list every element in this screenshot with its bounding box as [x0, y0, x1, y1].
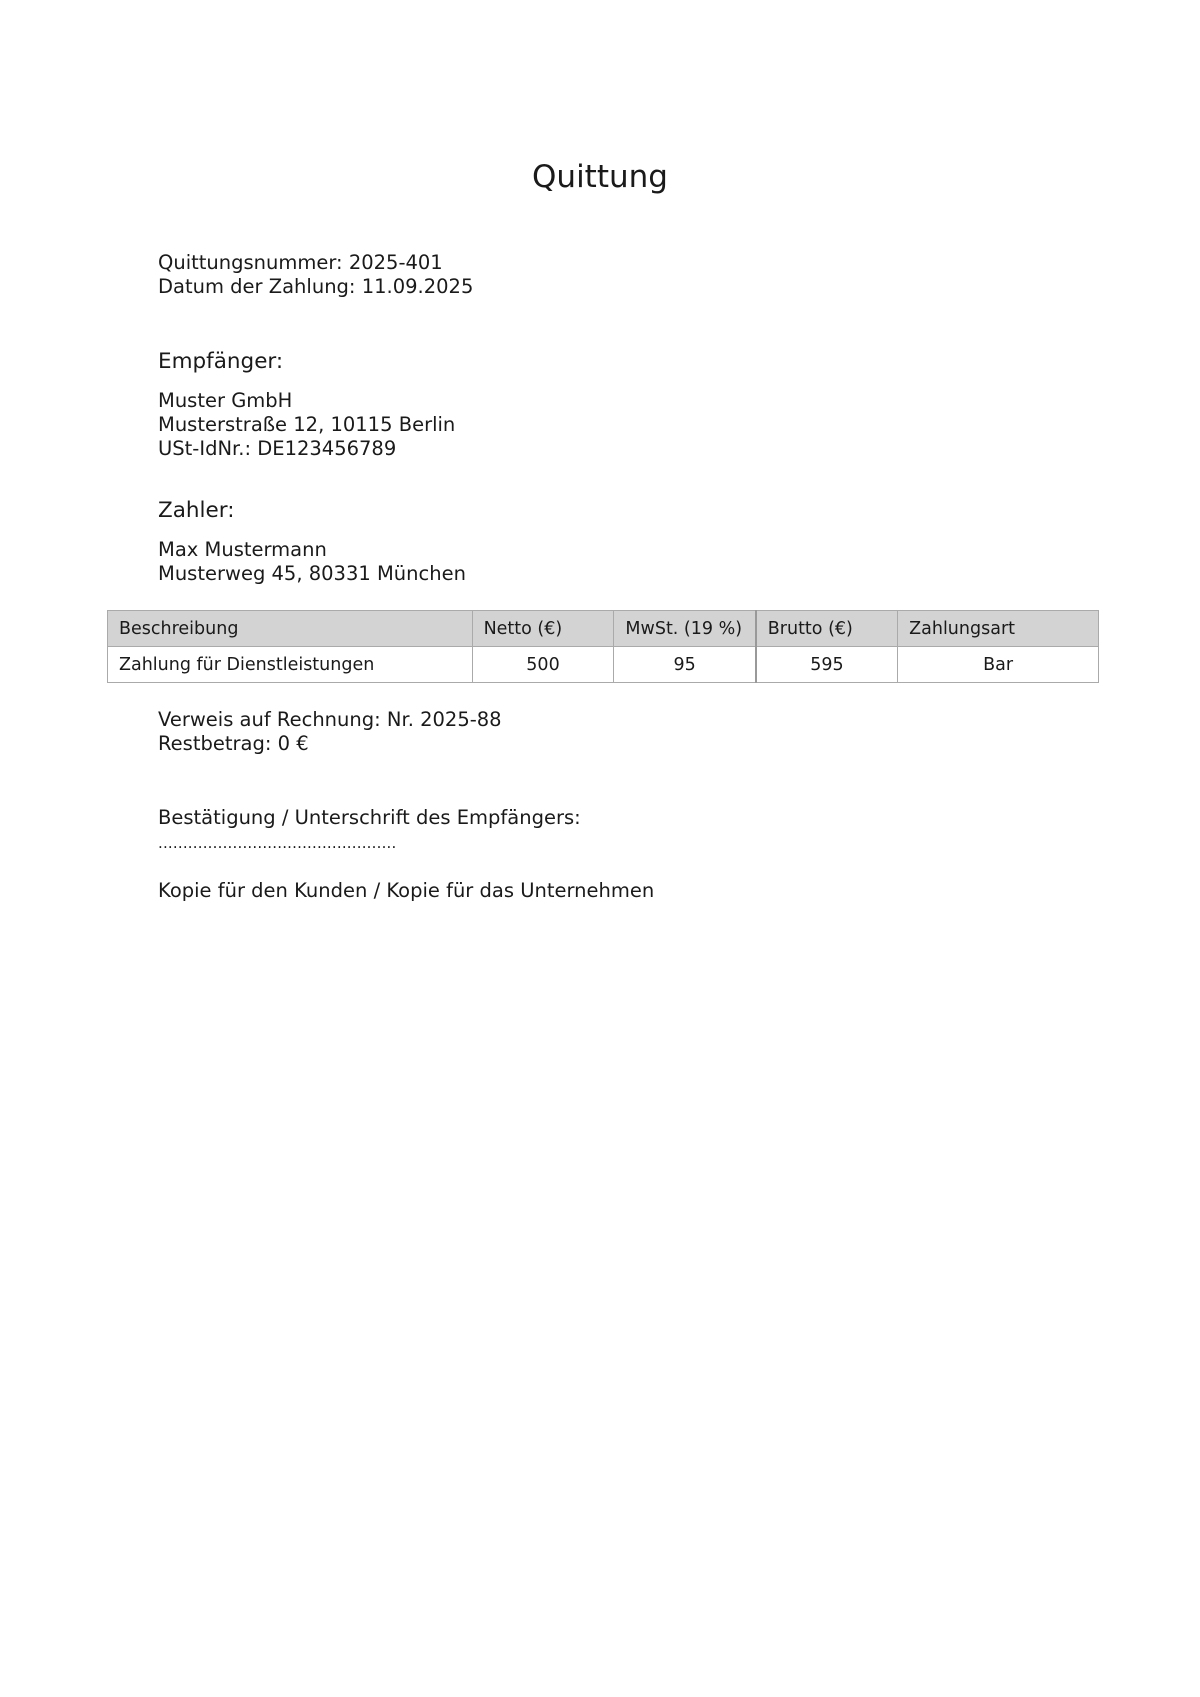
payer-address: Max Mustermann Musterweg 45, 80331 Münch…: [158, 538, 466, 586]
cell-description: Zahlung für Dienstleistungen: [108, 647, 473, 683]
recipient-address: Muster GmbH Musterstraße 12, 10115 Berli…: [158, 389, 455, 461]
remaining-balance: Restbetrag: 0 €: [158, 732, 502, 756]
document-title: Quittung: [0, 157, 1200, 197]
cell-payment-method: Bar: [898, 647, 1099, 683]
payer-heading: Zahler:: [158, 497, 234, 525]
cell-gross: 595: [756, 647, 898, 683]
table-header-row: Beschreibung Netto (€) MwSt. (19 %) Brut…: [108, 611, 1099, 647]
payer-name: Max Mustermann: [158, 538, 466, 562]
recipient-heading: Empfänger:: [158, 348, 283, 376]
payer-street: Musterweg 45, 80331 München: [158, 562, 466, 586]
recipient-name: Muster GmbH: [158, 389, 455, 413]
header-description: Beschreibung: [108, 611, 473, 647]
signature-label: Bestätigung / Unterschrift des Empfänger…: [158, 806, 581, 830]
copy-note: Kopie für den Kunden / Kopie für das Unt…: [158, 879, 654, 903]
signature-line: ........................................…: [158, 831, 396, 855]
recipient-street: Musterstraße 12, 10115 Berlin: [158, 413, 455, 437]
header-payment-method: Zahlungsart: [898, 611, 1099, 647]
cell-vat: 95: [614, 647, 756, 683]
invoice-reference-line: Verweis auf Rechnung: Nr. 2025-88: [158, 708, 502, 732]
receipt-meta: Quittungsnummer: 2025-401 Datum der Zahl…: [158, 251, 473, 299]
header-vat: MwSt. (19 %): [614, 611, 756, 647]
cell-net: 500: [472, 647, 614, 683]
table-row: Zahlung für Dienstleistungen 500 95 595 …: [108, 647, 1099, 683]
recipient-vat-id: USt-IdNr.: DE123456789: [158, 437, 455, 461]
invoice-reference: Verweis auf Rechnung: Nr. 2025-88 Restbe…: [158, 708, 502, 756]
payment-date: Datum der Zahlung: 11.09.2025: [158, 275, 473, 299]
payment-table: Beschreibung Netto (€) MwSt. (19 %) Brut…: [107, 610, 1099, 683]
receipt-number: Quittungsnummer: 2025-401: [158, 251, 473, 275]
header-net: Netto (€): [472, 611, 614, 647]
header-gross: Brutto (€): [756, 611, 898, 647]
